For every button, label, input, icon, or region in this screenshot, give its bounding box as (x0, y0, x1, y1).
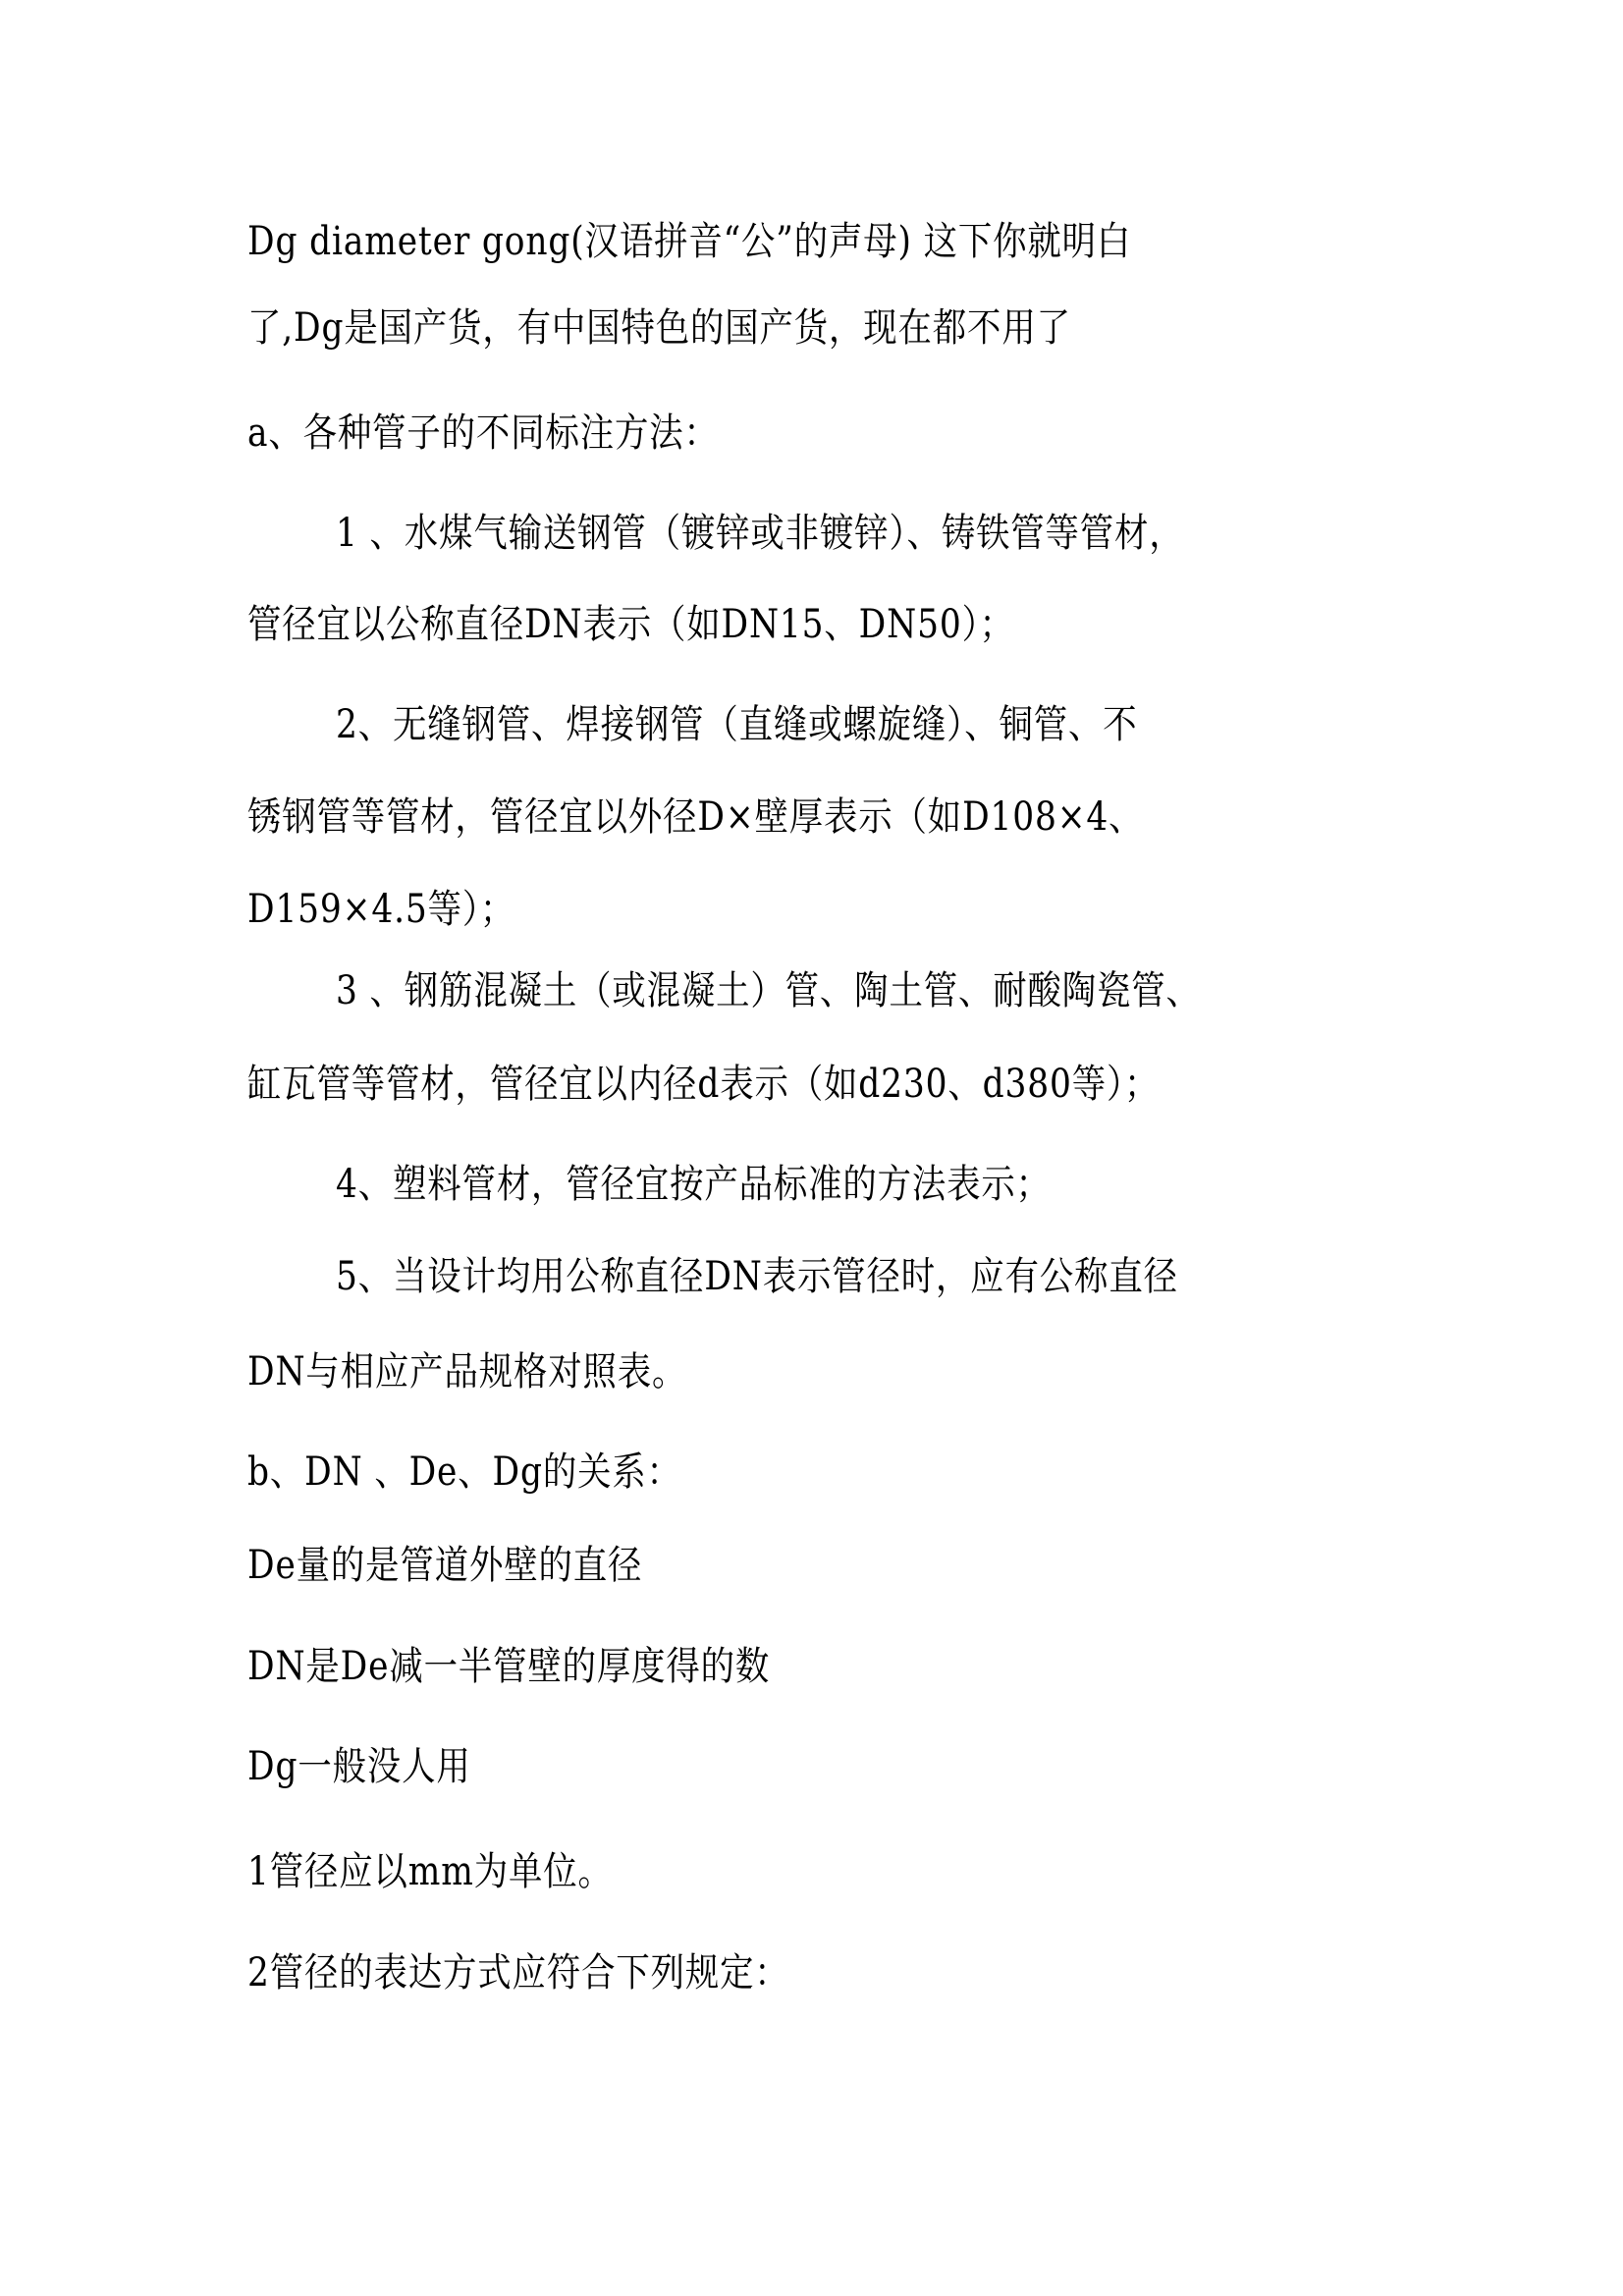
item-1-line-1: 1 、水煤气输送钢管（镀锌或非镀锌）、铸铁管等管材， (336, 510, 1184, 557)
item-5-line-1: 5、当设计均用公称直径DN表示管径时，应有公称直径 (336, 1253, 1178, 1300)
item-1-line-2: 管径宜以公称直径DN表示（如DN15、DN50）； (247, 601, 1014, 648)
item-3-line-2: 缸瓦管等管材，管径宜以内径d表示（如d230、d380等）； (247, 1061, 1159, 1108)
dg-note: Dg一般没人用 (247, 1743, 471, 1790)
item-4-line-1: 4、塑料管材，管径宜按产品标准的方法表示； (336, 1161, 1051, 1208)
item-3-line-1: 3 、钢筋混凝土（或混凝土）管、陶土管、耐酸陶瓷管、 (336, 967, 1201, 1014)
document-page: Dg diameter gong(汉语拼音“公”的声母) 这下你就明白 了,Dg… (0, 0, 1623, 2296)
item-5-line-2: DN与相应产品规格对照表。 (247, 1348, 686, 1395)
rule-1: 1管径应以mm为单位。 (247, 1848, 613, 1895)
section-b-heading: b、DN 、De、Dg的关系： (247, 1449, 681, 1496)
rule-2: 2管径的表达方式应符合下列规定： (247, 1949, 789, 1996)
item-2-line-2: 锈钢管等管材，管径宜以外径D×壁厚表示（如D108×4、 (247, 793, 1143, 841)
paragraph-dg-definition-line-2: 了,Dg是国产货，有中国特色的国产货，现在都不用了 (247, 304, 1071, 352)
section-a-heading: a、各种管子的不同标注方法： (247, 410, 719, 457)
dn-definition: DN是De减一半管壁的厚度得的数 (247, 1643, 770, 1690)
item-2-line-1: 2、无缝钢管、焊接钢管（直缝或螺旋缝）、铜管、不 (336, 701, 1138, 748)
paragraph-dg-definition-line-1: Dg diameter gong(汉语拼音“公”的声母) 这下你就明白 (247, 218, 1131, 265)
item-2-line-3: D159×4.5等）； (247, 886, 514, 933)
de-definition: De量的是管道外壁的直径 (247, 1542, 642, 1589)
